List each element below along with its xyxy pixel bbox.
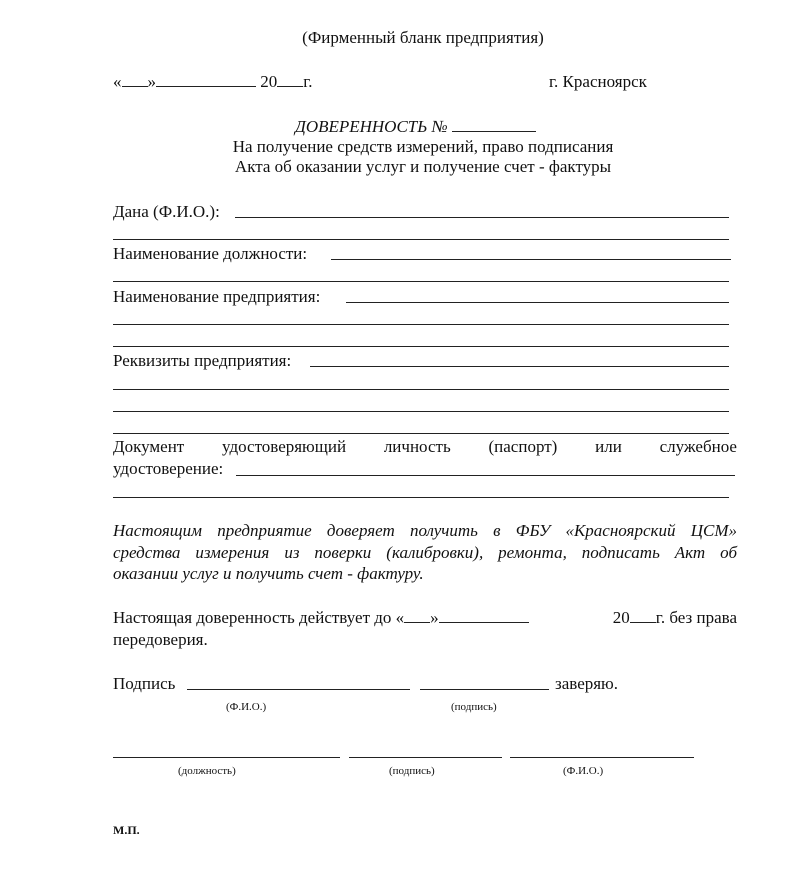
document-title: ДОВЕРЕННОСТЬ №: [295, 117, 536, 137]
id-doc-label-line-1: Документ удостоверяющий личность (паспор…: [113, 437, 737, 457]
date-line: «» 20г.: [113, 72, 313, 92]
subtitle-line-2: Акта об оказании услуг и получение счет …: [0, 157, 793, 177]
subtitle-line-1: На получение средств измерений, право по…: [0, 137, 793, 157]
authorization-line-2: средства измерения из поверки (калибровк…: [113, 542, 737, 564]
document-number-field[interactable]: [452, 117, 536, 132]
signature-label: Подпись: [113, 674, 175, 694]
company-field[interactable]: [346, 302, 729, 303]
company-field-line-3[interactable]: [113, 346, 729, 347]
id-doc-word: служебное: [660, 437, 737, 457]
signature-sign-field[interactable]: [420, 689, 549, 690]
letterhead-note: (Фирменный бланк предприятия): [0, 28, 793, 48]
requisites-label: Реквизиты предприятия:: [113, 351, 291, 371]
valid-month-field[interactable]: [439, 608, 529, 623]
seal-place: М.П.: [113, 820, 140, 840]
company-label: Наименование предприятия:: [113, 287, 320, 307]
authorization-line-1: Настоящим предприятие доверяет получить …: [113, 520, 737, 542]
year-field[interactable]: [277, 72, 303, 87]
certify-text: заверяю.: [555, 674, 618, 694]
caption-position: (должность): [178, 761, 236, 781]
position-field-line-2[interactable]: [113, 281, 729, 282]
validity-line-2: передоверия.: [113, 630, 208, 650]
date-open-quote: «: [113, 72, 122, 91]
month-field[interactable]: [156, 72, 256, 87]
day-field[interactable]: [122, 72, 148, 87]
validity-year: 20г. без права: [613, 608, 737, 628]
validity-prefix: Настоящая доверенность действует до «»: [113, 608, 529, 628]
issued-to-field[interactable]: [235, 217, 729, 218]
id-doc-label-line-2: удостоверение:: [113, 459, 223, 479]
officer-position-field[interactable]: [113, 757, 340, 758]
validity-line-1: Настоящая доверенность действует до «» 2…: [113, 608, 737, 628]
id-doc-word: личность: [384, 437, 451, 457]
date-close-quote: »: [148, 72, 157, 91]
year-suffix: г.: [303, 72, 312, 91]
id-doc-word: (паспорт): [489, 437, 558, 457]
officer-fio-field[interactable]: [510, 757, 694, 758]
caption-signature: (подпись): [451, 697, 497, 717]
caption-officer-signature: (подпись): [389, 761, 435, 781]
company-field-line-2[interactable]: [113, 324, 729, 325]
id-doc-field[interactable]: [236, 475, 735, 476]
authorization-line-3: оказании услуг и получить счет - фактуру…: [113, 563, 737, 585]
caption-fio: (Ф.И.О.): [226, 697, 266, 717]
year-prefix: 20: [260, 72, 277, 91]
id-doc-word: удостоверяющий: [222, 437, 346, 457]
position-field[interactable]: [331, 259, 731, 260]
officer-signature-field[interactable]: [349, 757, 502, 758]
position-label: Наименование должности:: [113, 244, 307, 264]
signature-fio-field[interactable]: [187, 689, 410, 690]
requisites-field-line-3[interactable]: [113, 411, 729, 412]
authorization-text: Настоящим предприятие доверяет получить …: [113, 520, 737, 585]
requisites-field-line-2[interactable]: [113, 389, 729, 390]
requisites-field[interactable]: [310, 366, 729, 367]
caption-officer-fio: (Ф.И.О.): [563, 761, 603, 781]
id-doc-word: или: [595, 437, 622, 457]
issued-to-label: Дана (Ф.И.О.):: [113, 202, 220, 222]
issued-to-field-line-2[interactable]: [113, 239, 729, 240]
city: г. Красноярск: [549, 72, 647, 92]
requisites-field-line-4[interactable]: [113, 433, 729, 434]
valid-day-field[interactable]: [404, 608, 430, 623]
id-doc-word: Документ: [113, 437, 184, 457]
title-text: ДОВЕРЕННОСТЬ №: [295, 117, 448, 136]
id-doc-field-line-2[interactable]: [113, 497, 729, 498]
valid-year-field[interactable]: [630, 608, 656, 623]
